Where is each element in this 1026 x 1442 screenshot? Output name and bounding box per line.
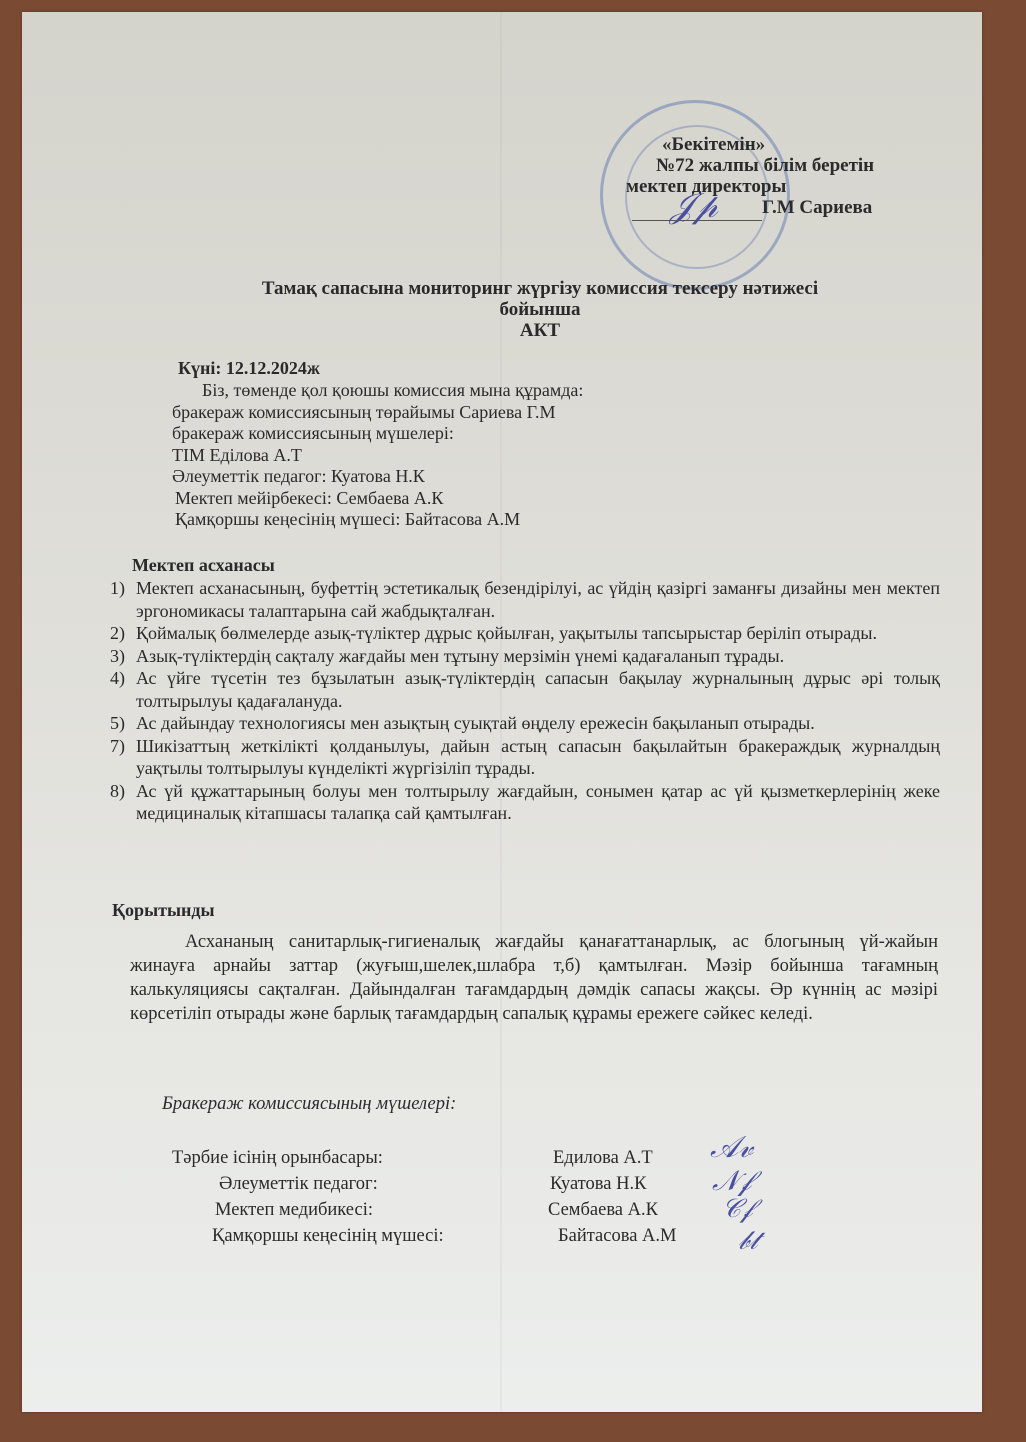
list-item: 5)Ас дайындау технологиясы мен азықтың с…: [110, 712, 940, 735]
title-line: Тамақ сапасына мониторинг жүргізу комисс…: [150, 278, 930, 299]
approval-line: «Бекітемін»: [662, 134, 874, 155]
approval-line: Г.М Сариева: [762, 197, 874, 218]
signature-role: Әлеуметтік педагог:: [219, 1174, 378, 1195]
handwritten-signature-icon: 𝒩𝒻: [712, 1164, 751, 1198]
commission-member: Әлеуметтік педагог: Куатова Н.К: [172, 466, 583, 488]
handwritten-signature-icon: 𝒜𝓋: [710, 1130, 753, 1165]
signature-role: Қамқоршы кеңесінің мүшесі:: [212, 1226, 444, 1247]
commission-chair: бракераж комиссиясының төрайымы Сариева …: [172, 402, 583, 424]
approval-line: №72 жалпы білім беретін: [656, 155, 874, 176]
list-item: 8)Ас үй құжаттарының болуы мен толтырылу…: [110, 780, 940, 825]
title-act: АКТ: [150, 320, 930, 341]
signature-name: Байтасова А.М: [558, 1226, 676, 1247]
signature-name: Сембаева А.К: [548, 1200, 658, 1221]
commission-intro: Біз, төменде қол қоюшы комиссия мына құр…: [202, 380, 583, 402]
handwritten-signature-icon: 𝒷𝓉: [738, 1226, 758, 1257]
signature-line: [632, 220, 762, 221]
commission-member: Қамқоршы кеңесінің мүшесі: Байтасова А.М: [175, 509, 583, 531]
signature-name: Едилова А.Т: [553, 1148, 653, 1169]
commission-members-label: бракераж комиссиясының мүшелері:: [172, 423, 583, 445]
list-item: 1)Мектеп асханасының, буфеттің эстетикал…: [110, 577, 940, 622]
list-item: 7)Шикізаттың жеткілікті қолданылуы, дайы…: [110, 735, 940, 780]
section-heading-conclusion: Қорытынды: [112, 900, 215, 921]
conclusion-text: Асхананың санитарлық-гигиеналық жағдайы …: [130, 930, 938, 1026]
canteen-findings-list: 1)Мектеп асханасының, буфеттің эстетикал…: [110, 577, 940, 825]
document-title: Тамақ сапасына мониторинг жүргізу комисс…: [150, 278, 930, 341]
commission-member: ТІМ Еділова А.Т: [172, 445, 583, 467]
section-heading-canteen: Мектеп асханасы: [132, 555, 275, 576]
signature-name: Куатова Н.К: [550, 1174, 646, 1195]
signatures-title: Бракераж комиссиясының мүшелері:: [162, 1094, 456, 1115]
approval-line: мектеп директоры: [626, 176, 874, 197]
list-item: 3)Азық-түліктердің сақталу жағдайы мен т…: [110, 645, 940, 668]
list-item: 2)Қоймалық бөлмелерде азық-түліктер дұры…: [110, 622, 940, 645]
title-line: бойынша: [150, 299, 930, 320]
signature-role: Тәрбие ісінің орынбасары:: [172, 1148, 383, 1169]
handwritten-signature-icon: 𝒞𝒻: [722, 1194, 753, 1225]
document-date: Күні: 12.12.2024ж: [178, 358, 320, 379]
commission-member: Мектеп мейірбекесі: Сембаева А.К: [175, 488, 583, 510]
signature-role: Мектеп медибикесі:: [215, 1200, 373, 1221]
commission-block: Біз, төменде қол қоюшы комиссия мына құр…: [172, 380, 583, 531]
list-item: 4)Ас үйге түсетін тез бұзылатын азық-түл…: [110, 667, 940, 712]
